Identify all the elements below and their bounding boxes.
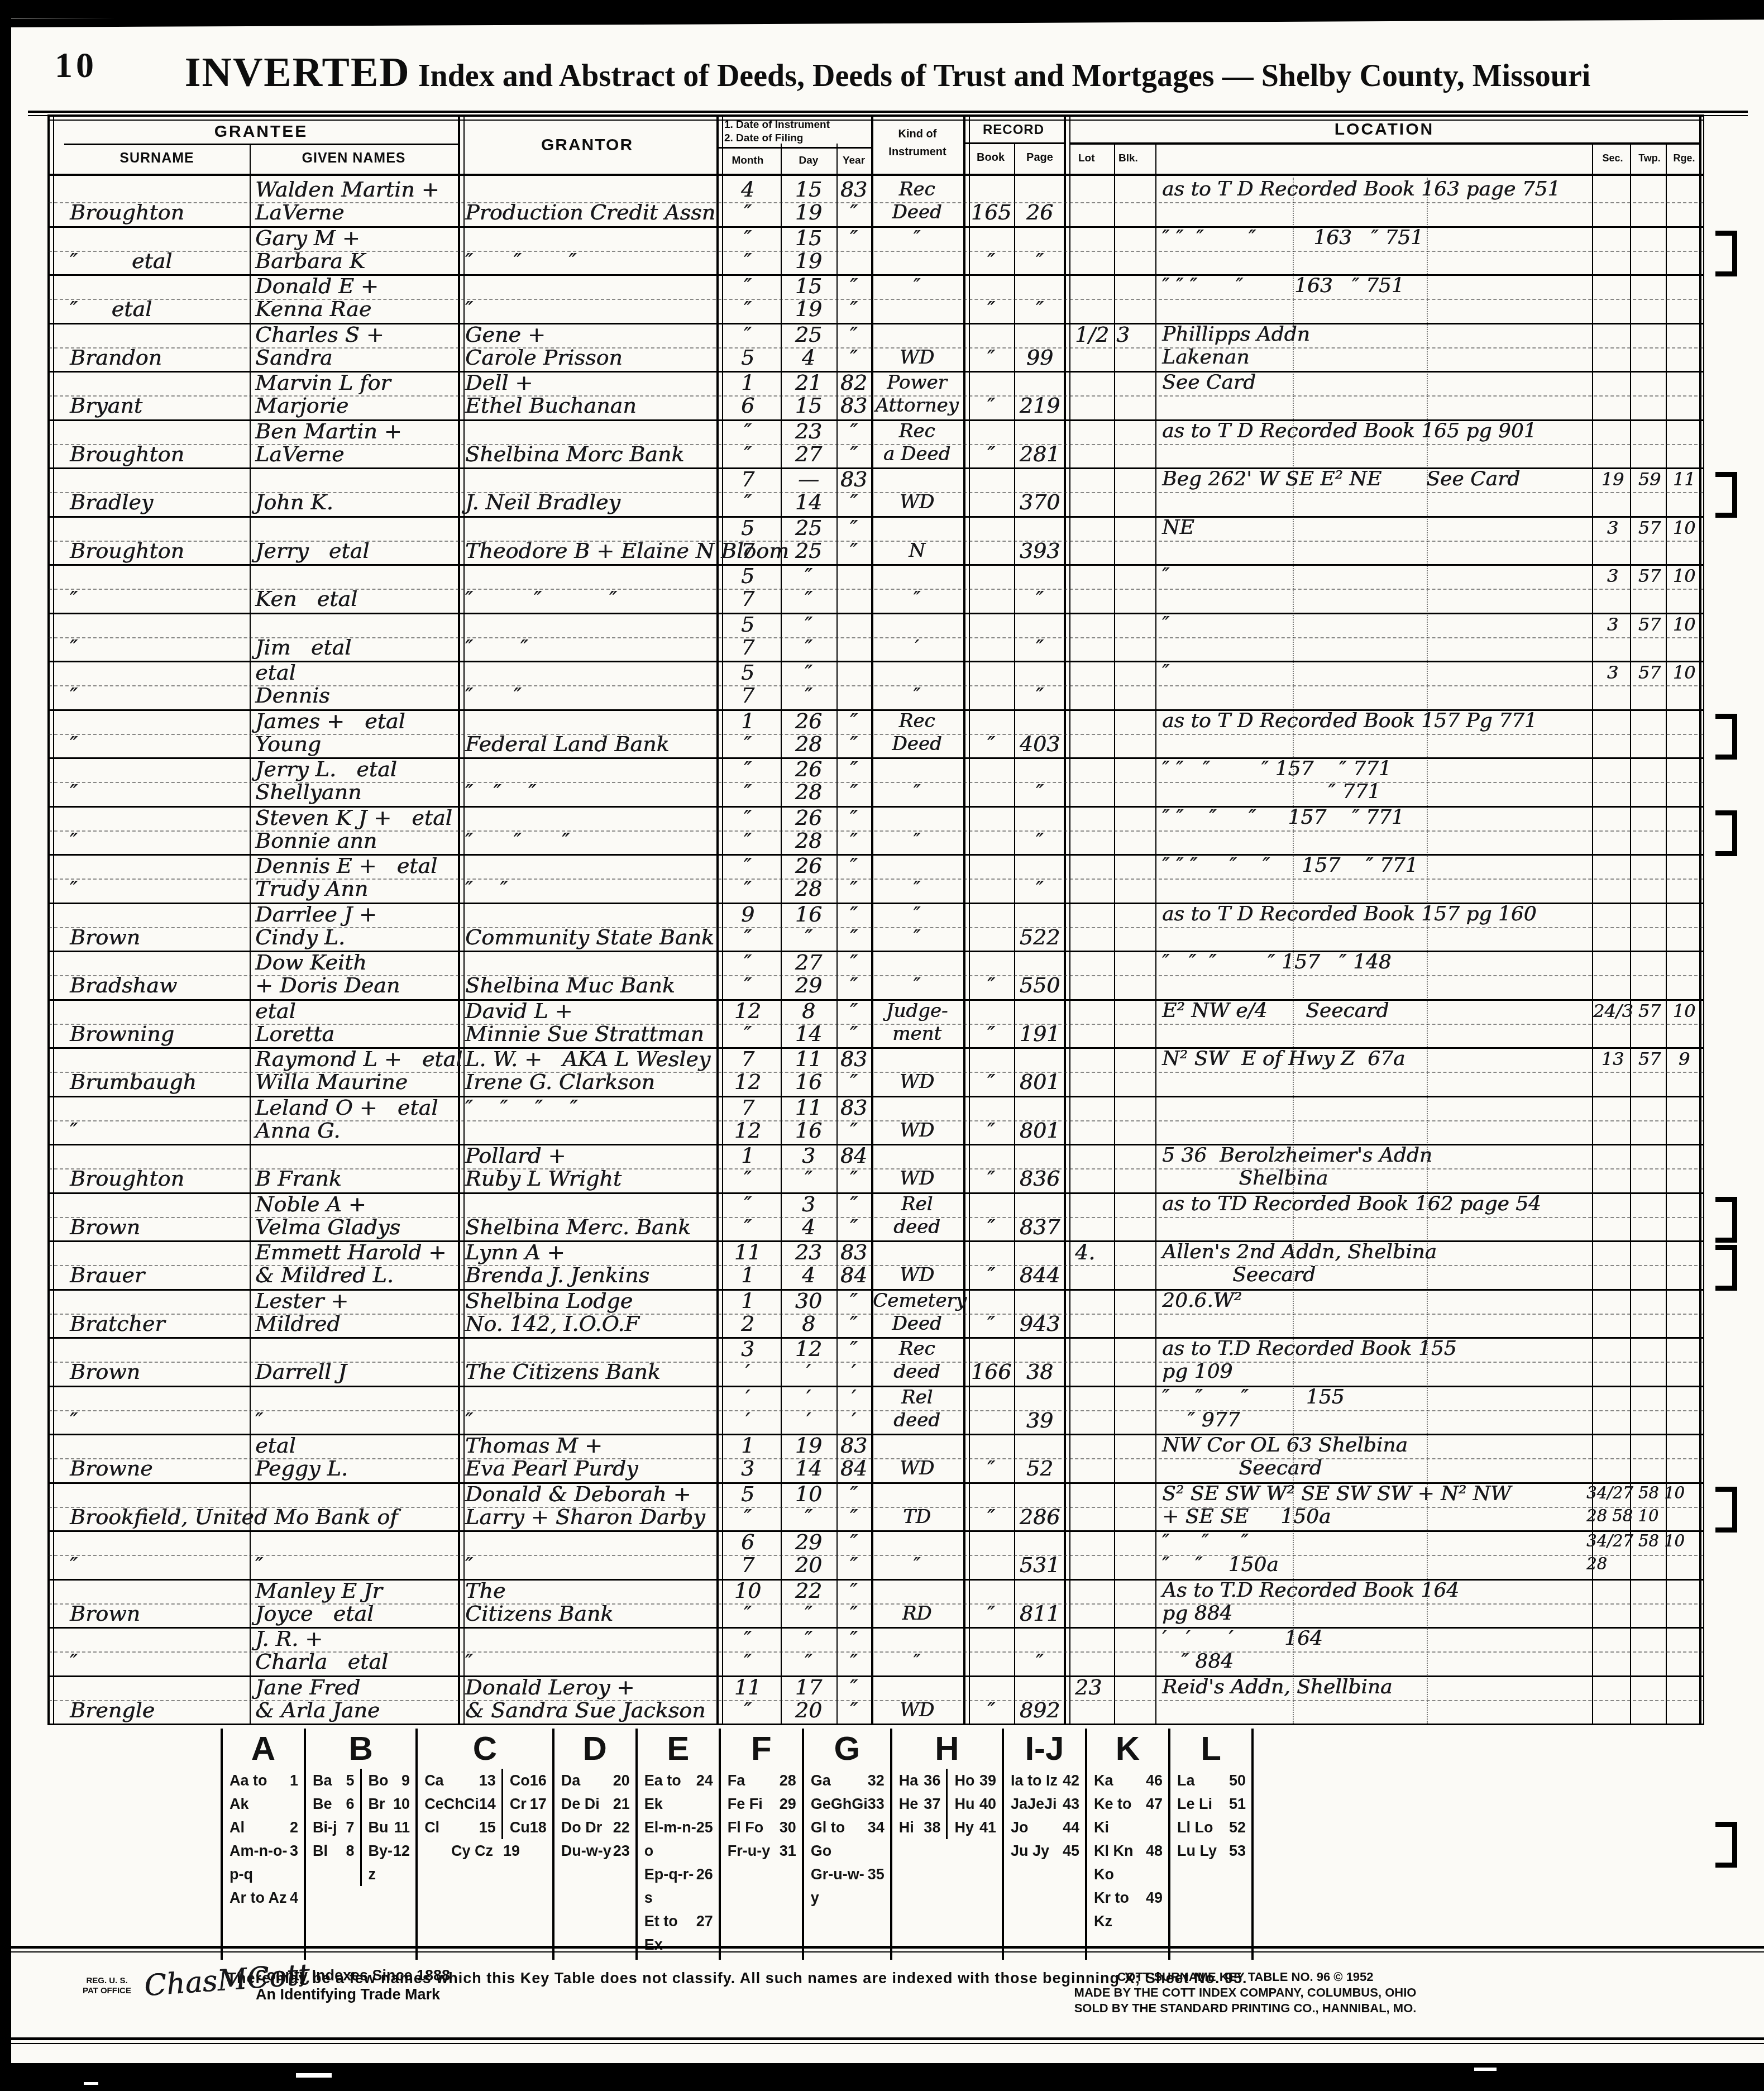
- cell-year: ″: [836, 1071, 871, 1093]
- cell-day: ″: [781, 588, 836, 610]
- cell-page-c: ″: [1016, 781, 1064, 803]
- key-range-label: By-z: [369, 1839, 394, 1886]
- cell-year: ″: [836, 1290, 871, 1312]
- cell-kind: deed: [873, 1409, 961, 1431]
- cell-surname: ″: [70, 1554, 78, 1576]
- cell-sec: 24/3: [1593, 1000, 1632, 1022]
- cell-month: ″: [716, 1193, 779, 1215]
- key-range-entry: Ka46: [1087, 1769, 1168, 1792]
- key-range-entry: Al2: [223, 1816, 304, 1839]
- key-range-entry: Ea to Ek24: [638, 1769, 719, 1816]
- margin-bracket: [1715, 1245, 1737, 1291]
- cell-loc: ″: [1162, 661, 1169, 684]
- cell-rge: 11: [1667, 468, 1701, 490]
- cell-year: ″: [836, 275, 871, 297]
- key-range-number: 27: [696, 1909, 713, 1956]
- cell-loc: Beg 262' W SE E² NE See Card: [1162, 468, 1520, 490]
- cell-year: ″: [836, 1506, 871, 1528]
- cell-day: ″: [781, 684, 836, 706]
- cell-day: 26: [781, 806, 836, 829]
- cell-lot: 23: [1075, 1676, 1102, 1698]
- key-range-label: Jo: [1011, 1816, 1029, 1839]
- cell-sec: 3: [1593, 565, 1632, 587]
- key-range-number: 12: [393, 1839, 410, 1886]
- key-range-label: Le Li: [1177, 1792, 1212, 1816]
- cell-page-c: 393: [1016, 540, 1064, 562]
- cell-str: 28: [1586, 1554, 1607, 1574]
- cell-str: 34/27 58 10: [1586, 1483, 1685, 1503]
- header-rge: Rge.: [1667, 152, 1701, 164]
- cell-given: J. R. +: [255, 1627, 323, 1650]
- key-range-label: Et to Ex: [644, 1909, 696, 1956]
- cell-grantor: Shelbina Muc Bank: [465, 974, 675, 996]
- cell-given: Jerry L. etal: [255, 758, 397, 780]
- cell-year: ″: [836, 1023, 871, 1045]
- cell-year: ″: [836, 346, 871, 369]
- cell-grantor: ″ ″ ″: [465, 781, 536, 803]
- cell-day: 26: [781, 854, 836, 877]
- cell-kind: WD: [873, 1071, 961, 1093]
- cell-day: 27: [781, 443, 836, 465]
- key-letter-column: I-JIa to Iz42JaJeJi43Jo44Ju Jy45: [1004, 1729, 1087, 1960]
- cell-surname: ″: [70, 781, 78, 803]
- cell-month: ″: [716, 201, 779, 223]
- key-range-subcolumn: Aa to Ak1Al2Am-n-o-p-q3Ar to Az4: [223, 1769, 304, 1909]
- cell-given: Barbara K: [255, 250, 365, 272]
- cell-day: ″: [781, 1602, 836, 1625]
- cell-month: 5: [716, 613, 779, 636]
- cell-day: 17: [781, 1676, 836, 1698]
- cell-surname: Brown: [70, 1602, 140, 1625]
- reg-mark-line-1: REG. U. S.: [83, 1976, 131, 1986]
- key-range-entry: Br10: [362, 1792, 416, 1816]
- cell-loc: Seecard: [1162, 1457, 1322, 1479]
- key-range-label: Ll Lo: [1177, 1816, 1213, 1839]
- cell-page-c: 844: [1016, 1264, 1064, 1286]
- cell-month: 11: [716, 1676, 779, 1698]
- key-range-number: 10: [393, 1792, 410, 1816]
- table-header: GRANTEE SURNAME GIVEN NAMES GRANTOR 1. D…: [47, 114, 1704, 176]
- cell-month: ″: [716, 1699, 779, 1721]
- key-range-label: Ea to Ek: [644, 1769, 696, 1816]
- key-range-label: Hy: [954, 1816, 974, 1839]
- key-range-entry: La50: [1170, 1769, 1251, 1792]
- cell-loc: Allen's 2nd Addn, Shelbina: [1162, 1241, 1437, 1263]
- cell-month: 9: [716, 903, 779, 925]
- cell-book: ″: [968, 974, 1015, 996]
- key-range-number: 4: [290, 1886, 298, 1909]
- cell-book: ″: [968, 1602, 1015, 1625]
- ledger-row: ″″″′′′′′′Reldeed39″ ″ ″ 155 ″ 977: [47, 1386, 1704, 1436]
- cell-loc: as to TD Recorded Book 162 page 54: [1162, 1193, 1541, 1215]
- key-range-label: Bi-j: [313, 1816, 337, 1839]
- key-range-entry: Fl Fo30: [721, 1816, 802, 1839]
- cell-book: ″: [968, 346, 1015, 369]
- key-range-number: 48: [1146, 1839, 1163, 1886]
- cell-twp: 57: [1631, 1000, 1668, 1022]
- cell-kind: Rel: [873, 1193, 961, 1215]
- key-range-entry: Bo9: [362, 1769, 416, 1792]
- cell-surname: ″: [70, 588, 78, 610]
- cell-loc: ″ ″ ″ ″ 157 ″ 771: [1162, 806, 1404, 829]
- key-letter-ranges: Ca13CeChCi14Cl15Co16Cr17Cu18: [418, 1769, 552, 1839]
- cell-year: ″: [836, 1579, 871, 1602]
- key-range-number: 53: [1229, 1839, 1246, 1863]
- key-range-entry: Do Dr22: [554, 1816, 635, 1839]
- header-grantor: GRANTOR: [458, 136, 716, 155]
- cell-surname: Bradshaw: [70, 974, 177, 996]
- cell-year: ″: [836, 781, 871, 803]
- credit-line-2: MADE BY THE COTT INDEX COMPANY, COLUMBUS…: [994, 1985, 1497, 2001]
- key-range-entry: Kr to Kz49: [1087, 1886, 1168, 1933]
- key-range-label: Br: [369, 1792, 385, 1816]
- key-letter-ranges: Ga32GeGhGi33Gl to Go34Gr-u-w-y35: [804, 1769, 890, 1909]
- cell-day: 29: [781, 1531, 836, 1553]
- cell-page-c: 191: [1016, 1023, 1064, 1045]
- key-range-label: Aa to Ak: [230, 1769, 290, 1816]
- cell-page-c: 219: [1016, 394, 1064, 417]
- cell-loc: Reid's Addn, Shellbina: [1162, 1676, 1392, 1698]
- cell-loc: See Card: [1162, 371, 1256, 394]
- key-range-entry: Bi-j7: [306, 1816, 360, 1839]
- cell-loc: Seecard: [1162, 1264, 1316, 1286]
- cell-day: ″: [781, 661, 836, 684]
- key-range-label: Ho: [954, 1769, 974, 1792]
- cell-kind: N: [873, 540, 961, 562]
- cell-grantor: The: [465, 1579, 505, 1602]
- cell-page-c: 531: [1016, 1554, 1064, 1576]
- cell-loc: N² SW E of Hwy Z 67a: [1162, 1048, 1405, 1070]
- cell-given: Manley E Jr: [255, 1579, 382, 1602]
- cell-month: ″: [716, 1602, 779, 1625]
- cell-grantor: ″: [465, 1650, 473, 1673]
- ledger-row: ″Steven K J + etalBonnie ann″ ″ ″″26″″28…: [47, 806, 1704, 856]
- key-range-label: Kr to Kz: [1094, 1886, 1146, 1933]
- cell-surname: Brookfield, United Mo Bank of: [70, 1506, 398, 1528]
- cell-year: ″: [836, 1312, 871, 1335]
- cell-page-c: ″: [1016, 1650, 1064, 1673]
- ledger-row: BrandonCharles S +SandraGene +Carole Pri…: [47, 323, 1704, 373]
- page-title-rest: Index and Abstract of Deeds, Deeds of Tr…: [410, 59, 1591, 93]
- cell-surname: ″ etal: [70, 298, 152, 320]
- cell-given: Charles S +: [255, 323, 384, 346]
- cell-day: 23: [781, 1241, 836, 1263]
- key-range-number: 21: [613, 1792, 630, 1816]
- cell-day: 28: [781, 877, 836, 900]
- key-range-number: 36: [924, 1769, 940, 1792]
- cell-surname: ″: [70, 1650, 78, 1673]
- key-range-entry: Ga32: [804, 1769, 890, 1792]
- key-range-number: 9: [401, 1769, 410, 1792]
- key-range-number: 34: [868, 1816, 885, 1863]
- cell-year: ′: [836, 1360, 871, 1383]
- header-location: LOCATION: [1069, 120, 1699, 139]
- cell-month: 7: [716, 636, 779, 658]
- cell-month: 5: [716, 517, 779, 539]
- key-range-entry: Kl Kn Ko48: [1087, 1839, 1168, 1886]
- ledger-row: BrengleJane Fred& Arla JaneDonald Leroy …: [47, 1675, 1704, 1726]
- cell-day: 15: [781, 394, 836, 417]
- cell-twp: 57: [1631, 1048, 1668, 1070]
- cell-month: ″: [716, 1650, 779, 1673]
- key-range-label: Gr-u-w-y: [811, 1863, 868, 1909]
- cell-day: 28: [781, 733, 836, 755]
- key-range-entry: Ke to Ki47: [1087, 1792, 1168, 1839]
- key-letter: B: [306, 1729, 415, 1769]
- key-range-number: 11: [394, 1816, 410, 1839]
- cell-month: ″: [716, 443, 779, 465]
- key-range-entry: Hi38: [892, 1816, 946, 1839]
- key-range-number: 18: [530, 1816, 547, 1839]
- cell-year: ″: [836, 903, 871, 925]
- key-range-number: 3: [290, 1839, 298, 1886]
- ledger-row: BratcherLester +MildredShelbina LodgeNo.…: [47, 1289, 1704, 1339]
- cell-month: 3: [716, 1457, 779, 1479]
- cell-given: Velma Gladys: [255, 1216, 400, 1238]
- cell-month: ″: [716, 733, 779, 755]
- key-range-label: Ba: [313, 1769, 332, 1792]
- cell-surname: ″: [70, 829, 78, 852]
- location-underline: [1069, 142, 1699, 145]
- ledger-row: BroughtonJerry etalTheodore B + Elaine N…: [47, 516, 1704, 566]
- cell-kind: ″: [873, 588, 961, 610]
- cell-kind: ″: [873, 781, 961, 803]
- cell-given: ″: [255, 1554, 263, 1576]
- key-range-entry: Da20: [554, 1769, 635, 1792]
- key-range-label: Ka: [1094, 1769, 1113, 1792]
- key-letter: C: [418, 1729, 552, 1769]
- cell-page-c: 281: [1016, 443, 1064, 465]
- cell-grantor: J. Neil Bradley: [465, 491, 620, 513]
- cell-page-c: 943: [1016, 1312, 1064, 1335]
- key-range-number: 5: [346, 1769, 355, 1792]
- cell-page-c: ″: [1016, 636, 1064, 658]
- key-range-entry: Ba5: [306, 1769, 360, 1792]
- cell-given: Young: [255, 733, 321, 755]
- cell-kind: Rec: [873, 710, 961, 732]
- key-range-number: 25: [696, 1816, 713, 1863]
- ledger-row: Brookfield, United Mo Bank ofDonald & De…: [47, 1482, 1704, 1533]
- record-underline: [963, 142, 1064, 144]
- table-top-rule: [47, 114, 1704, 117]
- ledger-row: ″J. R. +Charla etal″″″″″″″″″′ ′ ′ 164 ″ …: [47, 1627, 1704, 1677]
- key-range-label: Ha: [899, 1769, 919, 1792]
- cell-twp: 57: [1631, 613, 1668, 636]
- cell-given: Darrell J: [255, 1360, 347, 1383]
- cell-month: ″: [716, 806, 779, 829]
- cell-grantor: Gene +: [465, 323, 546, 346]
- cell-given: Noble A +: [255, 1193, 366, 1215]
- cell-given: Jerry etal: [255, 540, 369, 562]
- cell-book: ″: [968, 250, 1015, 272]
- cell-grantor: & Sandra Sue Jackson: [465, 1699, 705, 1721]
- ledger-row: BroughtonWalden Martin +LaVerneProductio…: [47, 178, 1704, 228]
- cell-given: Dennis: [255, 684, 330, 706]
- cell-given: Shellyann: [255, 781, 361, 803]
- key-range-label: Ar to Az: [230, 1886, 287, 1909]
- cell-grantor: Larry + Sharon Darby: [465, 1506, 705, 1528]
- key-range-number: 17: [530, 1792, 547, 1816]
- key-range-number: 38: [924, 1816, 940, 1839]
- cell-kind: Cemetery: [873, 1290, 961, 1312]
- cell-day: 3: [781, 1193, 836, 1215]
- cell-year: ″: [836, 491, 871, 513]
- cell-grantor: Donald Leroy +: [465, 1676, 634, 1698]
- cell-month: 2: [716, 1312, 779, 1335]
- key-letter-ranges: Fa28Fe Fi29Fl Fo30Fr-u-y31: [721, 1769, 802, 1863]
- cell-sec: 3: [1593, 661, 1632, 684]
- cell-day: 8: [781, 1000, 836, 1022]
- cell-blk: 3: [1116, 323, 1130, 346]
- header-date-filing: 2. Date of Filing: [724, 132, 803, 145]
- cell-month: ″: [716, 877, 779, 900]
- cell-page-c: ″: [1016, 829, 1064, 852]
- cell-given: Mildred: [255, 1312, 341, 1335]
- cell-day: —: [781, 468, 836, 490]
- torn-edge: [6, 11, 1764, 27]
- key-letter-ranges: Ka46Ke to Ki47Kl Kn Ko48Kr to Kz49: [1087, 1769, 1168, 1933]
- cell-year: ″: [836, 1699, 871, 1721]
- cell-year: 83: [836, 178, 871, 200]
- ledger-row: BroughtonB FrankPollard +Ruby L Wright13…: [47, 1144, 1704, 1194]
- cell-surname: Brown: [70, 1216, 140, 1238]
- cell-loc: ″ ″ ″ ″ 157 ″ 771: [1162, 758, 1392, 780]
- ledger-row: ″ etalDonald E +Kenna Rae″″15″″19″″″″″ ″…: [47, 274, 1704, 324]
- header-month: Month: [716, 155, 779, 167]
- cell-kind: ″: [873, 829, 961, 852]
- cell-page-c: 39: [1016, 1409, 1064, 1431]
- cell-given: Kenna Rae: [255, 298, 371, 320]
- cell-loc: E² NW e/4 Seecard: [1162, 1000, 1389, 1022]
- key-range-entry: Ca13: [418, 1769, 501, 1792]
- credit-line-1: COTT SURNAME KEY TABLE NO. 96 © 1952: [994, 1969, 1497, 1985]
- ledger-row: BryantMarvin L forMarjorieDell +Ethel Bu…: [47, 371, 1704, 421]
- cell-given: Peggy L.: [255, 1457, 348, 1479]
- key-range-number: 24: [696, 1769, 713, 1816]
- key-range-subcolumn: Ca13CeChCi14Cl15: [418, 1769, 503, 1839]
- cell-page-c: ″: [1016, 877, 1064, 900]
- cell-day: 3: [781, 1144, 836, 1167]
- key-range-number: 41: [979, 1816, 996, 1839]
- cell-day: ″: [781, 1506, 836, 1528]
- cell-month: 1: [716, 371, 779, 394]
- cell-kind: ″: [873, 877, 961, 900]
- key-range-entry: Ep-q-r-s26: [638, 1863, 719, 1909]
- cell-twp: 57: [1631, 565, 1668, 587]
- cell-day: 14: [781, 491, 836, 513]
- cell-kind: Rec: [873, 420, 961, 442]
- ledger-row: BroughtonBen Martin +LaVerneShelbina Mor…: [47, 419, 1704, 470]
- ledger-row: BrowningetalLorettaDavid L +Minnie Sue S…: [47, 999, 1704, 1049]
- cell-rge: 9: [1667, 1048, 1701, 1070]
- header-surname: SURNAME: [64, 150, 250, 166]
- key-range-label: Fl Fo: [728, 1816, 763, 1839]
- cell-page-c: ″: [1016, 684, 1064, 706]
- cell-book: ″: [968, 443, 1015, 465]
- printer-credits: COTT SURNAME KEY TABLE NO. 96 © 1952 MAD…: [994, 1969, 1497, 2016]
- ledger-row: BradleyJohn K.J. Neil Bradley7—83″14″WD3…: [47, 467, 1704, 518]
- header-sec: Sec.: [1593, 152, 1632, 164]
- cell-loc: ″ ″ 150a: [1162, 1554, 1279, 1576]
- cell-surname: Broughton: [70, 1167, 184, 1190]
- cell-grantor: The Citizens Bank: [465, 1360, 661, 1383]
- cell-day: 28: [781, 781, 836, 803]
- cell-month: 11: [716, 1241, 779, 1263]
- cell-given: ″: [255, 1409, 263, 1431]
- cell-loc: pg 109: [1162, 1360, 1232, 1383]
- cell-kind: ″: [873, 684, 961, 706]
- cell-month: 6: [716, 1531, 779, 1553]
- cell-twp: 59: [1631, 468, 1668, 490]
- header-kind-1: Kind of: [873, 128, 962, 141]
- cell-year: ″: [836, 758, 871, 780]
- key-range-number: 37: [924, 1792, 940, 1816]
- cell-surname: Brandon: [70, 346, 162, 369]
- cell-year: ″: [836, 420, 871, 442]
- cell-surname: Browning: [70, 1023, 174, 1045]
- cell-month: ″: [716, 1627, 779, 1650]
- cell-day: 28: [781, 829, 836, 852]
- cell-given: Emmett Harold +: [255, 1241, 446, 1263]
- cell-page-c: 837: [1016, 1216, 1064, 1238]
- margin-bracket: [1715, 472, 1737, 518]
- cell-day: 8: [781, 1312, 836, 1335]
- cell-kind: WD: [873, 1699, 961, 1721]
- key-range-entry: Jo44: [1004, 1816, 1085, 1839]
- key-range-subcolumn: La50Le Li51Ll Lo52Lu Ly53: [1170, 1769, 1251, 1863]
- cell-given: Cindy L.: [255, 926, 345, 948]
- cell-loc: Phillipps Addn: [1162, 323, 1310, 346]
- cell-month: ″: [716, 951, 779, 973]
- cell-book: ″: [968, 298, 1015, 320]
- cell-page-c: 550: [1016, 974, 1064, 996]
- cell-day: ″: [781, 613, 836, 636]
- cell-book: ″: [968, 1312, 1015, 1335]
- grantee-underline: [64, 144, 458, 145]
- cell-grantor: ″ ″ ″: [465, 588, 617, 610]
- cell-loc: + SE SE 150a: [1162, 1506, 1331, 1528]
- cell-rge: 10: [1667, 1000, 1701, 1022]
- key-range-number: 49: [1146, 1886, 1163, 1933]
- scan-speck: [296, 2073, 332, 2078]
- key-range-label: Bo: [369, 1769, 389, 1792]
- cell-loc: S² SE SW W² SE SW SW + N² NW: [1162, 1483, 1511, 1505]
- cell-grantor: ″: [465, 1409, 473, 1431]
- ledger-row: BrumbaughRaymond L + etalWilla MaurineL.…: [47, 1047, 1704, 1097]
- cell-surname: Broughton: [70, 540, 184, 562]
- scan-speck: [1474, 2068, 1497, 2071]
- cell-kind: Judge-: [873, 1000, 961, 1022]
- key-letter-ranges: Aa to Ak1Al2Am-n-o-p-q3Ar to Az4: [223, 1769, 304, 1909]
- cell-kind: Deed: [873, 1312, 961, 1335]
- cell-year: ″: [836, 1000, 871, 1022]
- cell-month: ″: [716, 491, 779, 513]
- cell-day: 10: [781, 1483, 836, 1505]
- key-range-entry: Bl8: [306, 1839, 360, 1863]
- cell-month: 1: [716, 1434, 779, 1457]
- cell-page-c: 38: [1016, 1360, 1064, 1383]
- cell-year: 84: [836, 1144, 871, 1167]
- cell-grantor: Donald & Deborah +: [465, 1483, 691, 1505]
- ledger-row: BrownManley E JrJoyce etalTheCitizens Ba…: [47, 1579, 1704, 1629]
- cell-day: 15: [781, 227, 836, 249]
- key-range-entry: Du-w-y23: [554, 1839, 635, 1863]
- cell-rge: 10: [1667, 613, 1701, 636]
- cell-year: ″: [836, 517, 871, 539]
- cell-month: 7: [716, 540, 779, 562]
- cell-loc: as to T D Recorded Book 157 pg 160: [1162, 903, 1536, 925]
- cell-year: 84: [836, 1457, 871, 1479]
